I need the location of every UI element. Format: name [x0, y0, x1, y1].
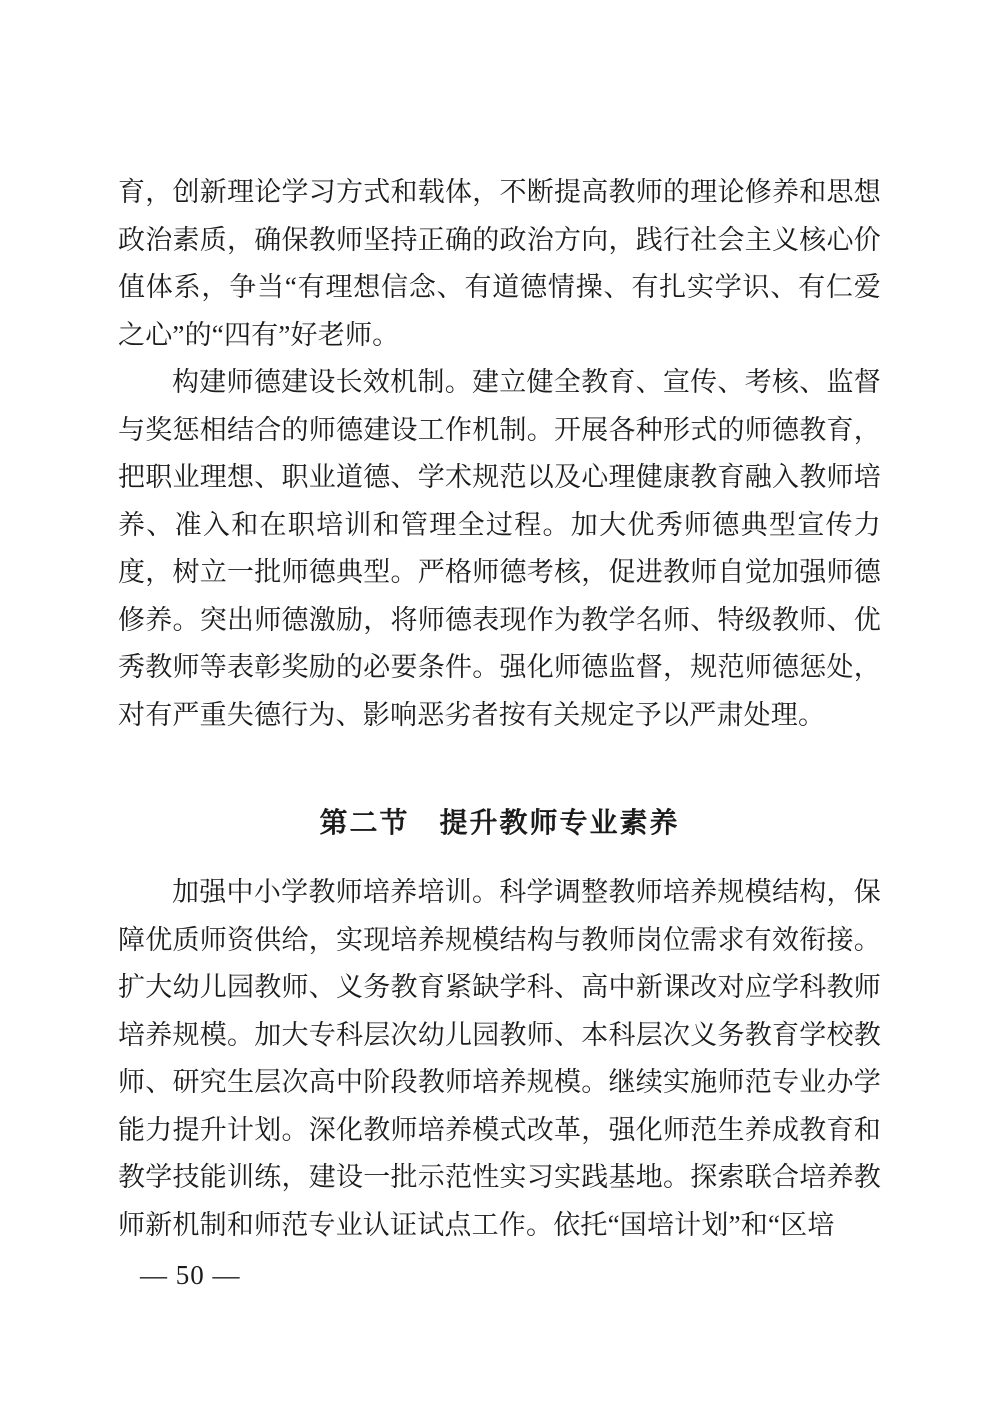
paragraph-shide-jizhi: 构建师德建设长效机制。建立健全教育、宣传、考核、监督与奖惩相结合的师德建设工作机…	[118, 359, 881, 739]
section-heading: 第二节 提升教师专业素养	[118, 800, 881, 848]
paragraph-continuation: 育，创新理论学习方式和载体，不断提高教师的理论修养和思想政治素质，确保教师坚持正…	[118, 169, 881, 359]
paragraph-jiaoshi-peiyang: 加强中小学教师培养培训。科学调整教师培养规模结构，保障优质师资供给，实现培养规模…	[118, 869, 881, 1249]
document-page: 育，创新理论学习方式和载体，不断提高教师的理论修养和思想政治素质，确保教师坚持正…	[0, 0, 993, 1404]
page-number: — 50 —	[140, 1260, 241, 1291]
page-body: 育，创新理论学习方式和载体，不断提高教师的理论修养和思想政治素质，确保教师坚持正…	[118, 169, 881, 1249]
